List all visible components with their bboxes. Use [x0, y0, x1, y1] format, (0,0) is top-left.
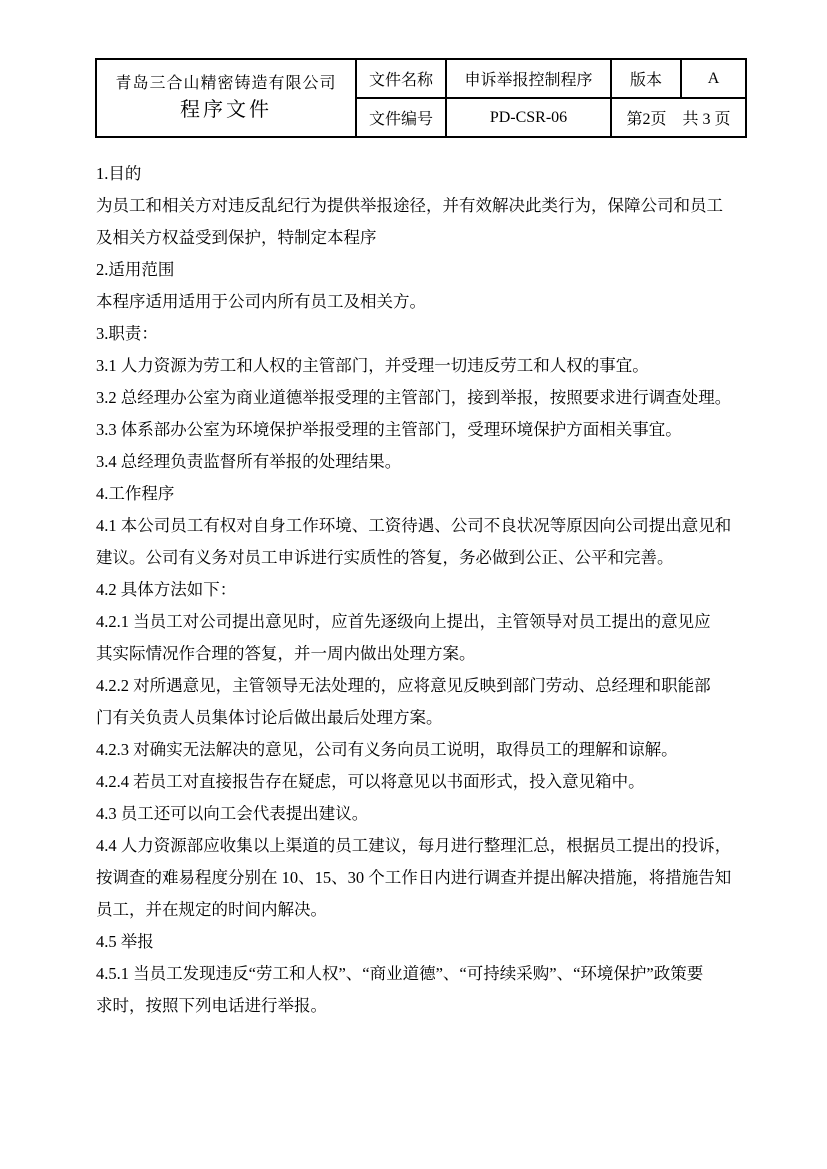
document-type-title: 程序文件	[97, 96, 355, 124]
text-line: 4.2.4 若员工对直接报告存在疑虑，可以将意见以书面形式，投入意见箱中。	[96, 766, 761, 798]
version-value-cell: A	[681, 59, 746, 98]
text-line: 3.2 总经理办公室为商业道德举报受理的主管部门，接到举报，按照要求进行调查处理…	[96, 382, 761, 414]
text-line: 门有关负责人员集体讨论后做出最后处理方案。	[96, 702, 761, 734]
company-title-cell: 青岛三合山精密铸造有限公司 程序文件	[96, 59, 356, 137]
text-line: 其实际情况作合理的答复，并一周内做出处理方案。	[96, 638, 761, 670]
doc-name-value-cell: 申诉举报控制程序	[446, 59, 611, 98]
text-line: 按调查的难易程度分别在 10、15、30 个工作日内进行调查并提出解决措施，将措…	[96, 862, 761, 894]
text-line: 4.2.1 当员工对公司提出意见时，应首先逐级向上提出，主管领导对员工提出的意见…	[96, 606, 761, 638]
text-line: 员工，并在规定的时间内解决。	[96, 894, 761, 926]
text-line: 3.4 总经理负责监督所有举报的处理结果。	[96, 446, 761, 478]
text-line: 本程序适用适用于公司内所有员工及相关方。	[96, 286, 761, 318]
doc-no-value-cell: PD-CSR-06	[446, 98, 611, 137]
text-line: 建议。公司有义务对员工申诉进行实质性的答复，务必做到公正、公平和完善。	[96, 542, 761, 574]
text-line: 求时，按照下列电话进行举报。	[96, 990, 761, 1022]
doc-name-label-cell: 文件名称	[356, 59, 446, 98]
doc-no-label-cell: 文件编号	[356, 98, 446, 137]
text-line: 4.工作程序	[96, 478, 761, 510]
text-line: 4.3 员工还可以向工会代表提出建议。	[96, 798, 761, 830]
text-line: 4.2.2 对所遇意见，主管领导无法处理的，应将意见反映到部门劳动、总经理和职能…	[96, 670, 761, 702]
text-line: 4.5.1 当员工发现违反“劳工和人权”、“商业道德”、“可持续采购”、“环境保…	[96, 958, 761, 990]
text-line: 4.2 具体方法如下：	[96, 574, 761, 606]
text-line: 4.2.3 对确实无法解决的意见，公司有义务向员工说明，取得员工的理解和谅解。	[96, 734, 761, 766]
text-line: 1.目的	[96, 158, 761, 190]
document-header-table: 青岛三合山精密铸造有限公司 程序文件 文件名称 申诉举报控制程序 版本 A 文件…	[95, 58, 747, 138]
text-line: 4.5 举报	[96, 926, 761, 958]
version-label-cell: 版本	[611, 59, 681, 98]
text-line: 3.职责：	[96, 318, 761, 350]
text-line: 及相关方权益受到保护，特制定本程序	[96, 222, 761, 254]
company-name: 青岛三合山精密铸造有限公司	[97, 72, 355, 96]
document-body: 1.目的 为员工和相关方对违反乱纪行为提供举报途径，并有效解决此类行为，保障公司…	[96, 158, 761, 1022]
text-line: 3.3 体系部办公室为环境保护举报受理的主管部门，受理环境保护方面相关事宜。	[96, 414, 761, 446]
text-line: 为员工和相关方对违反乱纪行为提供举报途径，并有效解决此类行为，保障公司和员工	[96, 190, 761, 222]
page-info-cell: 第2页 共 3 页	[611, 98, 746, 137]
text-line: 3.1 人力资源为劳工和人权的主管部门，并受理一切违反劳工和人权的事宜。	[96, 350, 761, 382]
document-page: 青岛三合山精密铸造有限公司 程序文件 文件名称 申诉举报控制程序 版本 A 文件…	[0, 0, 827, 1169]
text-line: 2.适用范围	[96, 254, 761, 286]
text-line: 4.4 人力资源部应收集以上渠道的员工建议，每月进行整理汇总，根据员工提出的投诉…	[96, 830, 761, 862]
text-line: 4.1 本公司员工有权对自身工作环境、工资待遇、公司不良状况等原因向公司提出意见…	[96, 510, 761, 542]
